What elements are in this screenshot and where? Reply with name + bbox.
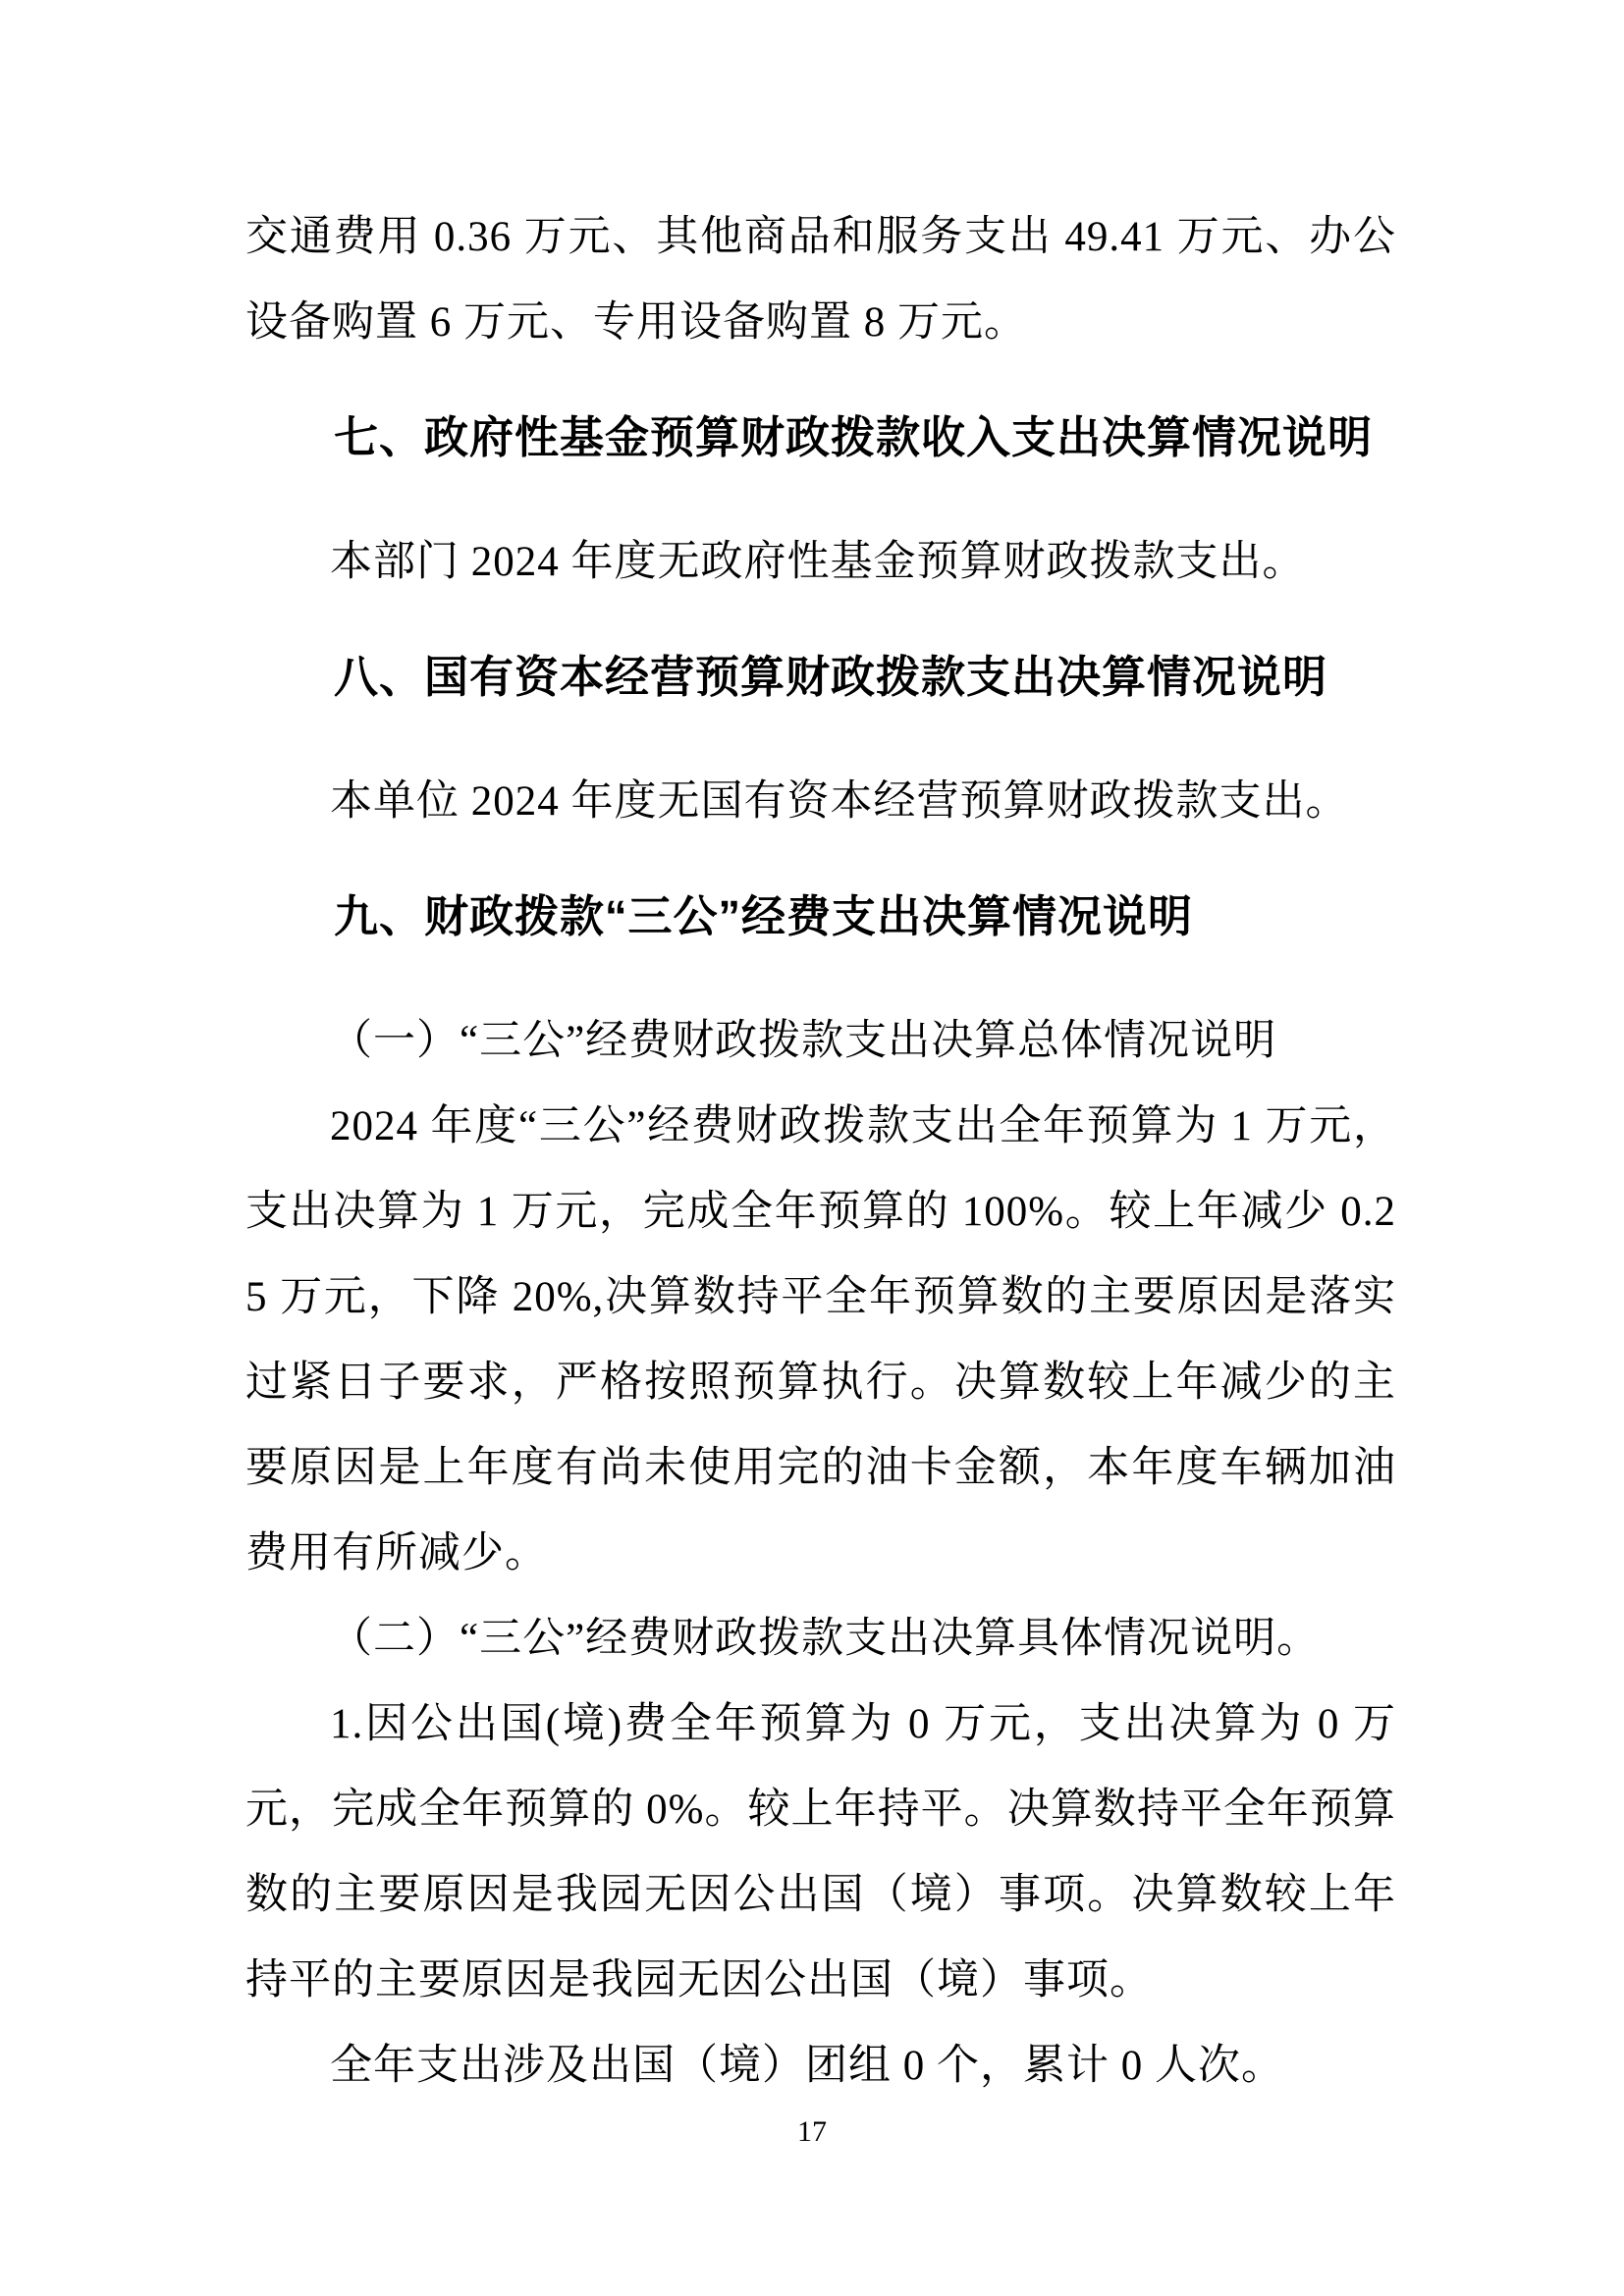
paragraph-overseas-travel-expenses: 1.因公出国(境)费全年预算为 0 万元，支出决算为 0 万元，完成全年预算的 … <box>245 1682 1396 2023</box>
document-page: 交通费用 0.36 万元、其他商品和服务支出 49.41 万元、办公设备购置 6… <box>0 0 1624 2296</box>
section-heading-7-government-funds: 七、政府性基金预算财政拨款收入支出决算情况说明 <box>245 395 1396 480</box>
paragraph-overseas-trip-groups: 全年支出涉及出国（境）团组 0 个，累计 0 人次。 <box>245 2023 1396 2109</box>
paragraph-continuation-expense-breakdown: 交通费用 0.36 万元、其他商品和服务支出 49.41 万元、办公设备购置 6… <box>245 194 1396 365</box>
paragraph-state-capital-statement: 本单位 2024 年度无国有资本经营预算财政拨款支出。 <box>245 759 1396 844</box>
document-body: 交通费用 0.36 万元、其他商品和服务支出 49.41 万元、办公设备购置 6… <box>245 194 1396 2109</box>
paragraph-overall-three-public-details: 2024 年度“三公”经费财政拨款支出全年预算为 1 万元，支出决算为 1 万元… <box>245 1084 1396 1596</box>
paragraph-government-funds-statement: 本部门 2024 年度无政府性基金预算财政拨款支出。 <box>245 519 1396 605</box>
paragraph-subheading-overall-situation: （一）“三公”经费财政拨款支出决算总体情况说明 <box>245 998 1396 1084</box>
section-heading-9-three-public-expenses: 九、财政拨款“三公”经费支出决算情况说明 <box>245 874 1396 959</box>
section-heading-8-state-capital: 八、国有资本经营预算财政拨款支出决算情况说明 <box>245 634 1396 720</box>
paragraph-subheading-specific-situation: （二）“三公”经费财政拨款支出决算具体情况说明。 <box>245 1596 1396 1682</box>
page-number: 17 <box>0 2112 1624 2152</box>
